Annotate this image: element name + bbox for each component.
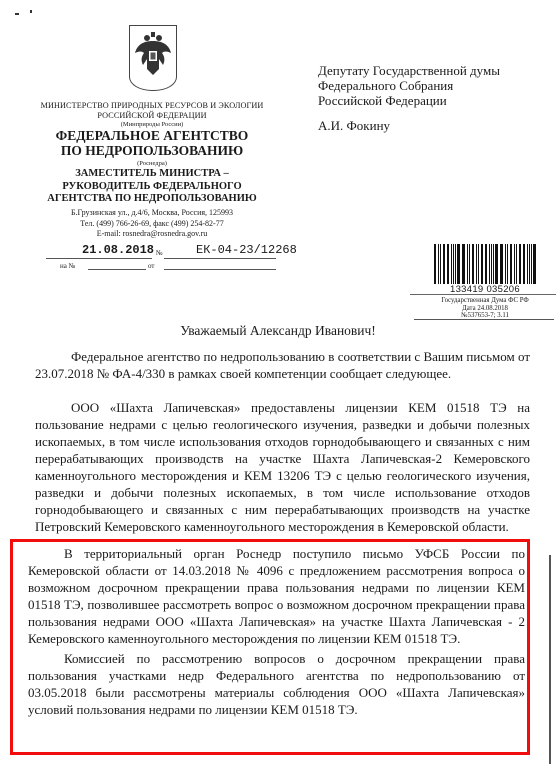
ministry-line-2: РОССИЙСКОЙ ФЕДЕРАЦИИ: [22, 111, 282, 121]
from-label: от: [148, 262, 154, 270]
position-line-2: РУКОВОДИТЕЛЬ ФЕДЕРАЛЬНОГО: [22, 181, 282, 194]
incoming-stamp: Государственная Дума ФС РФ Дата 24.08.20…: [410, 294, 556, 320]
reply-to-label: на №: [60, 262, 75, 270]
highlighted-text: В территориальный орган Роснедр поступил…: [28, 545, 525, 718]
email: E-mail: rosnedra@rosnedra.gov.ru: [22, 229, 282, 240]
highlighted-paragraph-2: Комиссией по рассмотрению вопросов о дос…: [28, 650, 525, 718]
position-line-1: ЗАМЕСТИТЕЛЬ МИНИСТРА –: [22, 168, 282, 181]
ministry-line-1: МИНИСТЕРСТВО ПРИРОДНЫХ РЕСУРСОВ И ЭКОЛОГ…: [22, 101, 282, 111]
stamp-date: Дата 24.08.2018: [410, 305, 556, 313]
reply-number-underline: [88, 268, 146, 270]
scan-speck: [30, 10, 32, 13]
barcode-icon: [432, 244, 538, 286]
agency-line-1: ФЕДЕРАЛЬНОЕ АГЕНТСТВО: [22, 128, 282, 143]
scan-speck: [15, 13, 19, 15]
ministry-name: МИНИСТЕРСТВО ПРИРОДНЫХ РЕСУРСОВ И ЭКОЛОГ…: [22, 101, 282, 121]
address: Б.Грузинская ул., д.4/6, Москва, Россия,…: [22, 208, 282, 219]
highlighted-paragraph-1: В территориальный орган Роснедр поступил…: [28, 545, 525, 647]
agency-name: ФЕДЕРАЛЬНОЕ АГЕНТСТВО ПО НЕДРОПОЛЬЗОВАНИ…: [22, 128, 282, 158]
scan-page-edge: [549, 555, 551, 764]
registration-date: 21.08.2018: [82, 243, 154, 257]
addressee-name: А.И. Фокину: [318, 118, 500, 133]
agency-short-name: (Роснедра): [22, 160, 282, 167]
stamp-org: Государственная Дума ФС РФ: [410, 297, 556, 305]
salutation: Уважаемый Александр Иванович!: [0, 323, 556, 339]
russian-coat-of-arms-icon: [129, 25, 177, 91]
stamp-underline: [414, 318, 554, 320]
signatory-position: ЗАМЕСТИТЕЛЬ МИНИСТРА – РУКОВОДИТЕЛЬ ФЕДЕ…: [22, 168, 282, 206]
registration-number: ЕК-04-23/12268: [196, 243, 297, 257]
paragraph-1: Федеральное агентство по недропользовани…: [35, 348, 530, 382]
number-underline: [164, 257, 276, 259]
addressee-line-3: Российской Федерации: [318, 93, 500, 108]
addressee: Депутату Государственной думы Федерально…: [318, 63, 500, 133]
position-line-3: АГЕНТСТВА ПО НЕДРОПОЛЬЗОВАНИЮ: [22, 193, 282, 206]
addressee-line-1: Депутату Государственной думы: [318, 63, 500, 78]
date-underline: [46, 257, 152, 259]
paragraph-2: ООО «Шахта Лапичевская» предоставлены ли…: [35, 399, 530, 535]
phone: Тел. (499) 766-26-69, факс (499) 254-82-…: [22, 219, 282, 230]
agency-line-2: ПО НЕДРОПОЛЬЗОВАНИЮ: [22, 143, 282, 158]
contacts: Б.Грузинская ул., д.4/6, Москва, Россия,…: [22, 208, 282, 240]
number-label: №: [156, 249, 163, 257]
reply-date-underline: [164, 268, 276, 270]
addressee-line-2: Федерального Собрания: [318, 78, 500, 93]
ministry-short-name: (Минприроды России): [22, 121, 282, 128]
body-paragraph: Федеральное агентство по недропользовани…: [35, 348, 530, 382]
body-paragraph: ООО «Шахта Лапичевская» предоставлены ли…: [35, 399, 530, 535]
